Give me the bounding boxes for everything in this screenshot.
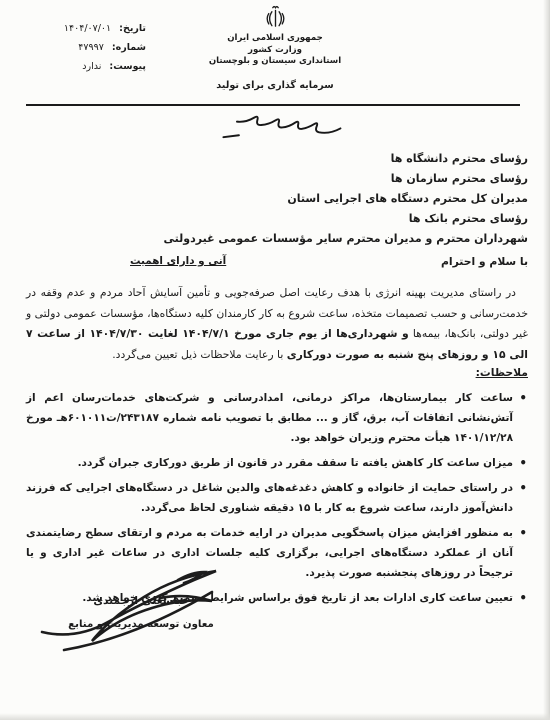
recipient-line: شهرداران محترم و مدیران محترم سایر مؤسسا… (26, 229, 528, 249)
signer-title: معاون توسعه مدیریت و منابع (36, 613, 246, 637)
header-ministry: وزارت کشور (175, 45, 375, 57)
scanned-official-letter: تاریخ: ۱۴۰۴/۰۷/۰۱ شماره: ۴۷۹۹۷ پیوست: ند… (0, 0, 550, 720)
meta-row-attachment: پیوست: ندارد (24, 62, 146, 72)
salutation-text: با سلام و احترام (441, 255, 528, 268)
attachment-label: پیوست: (109, 61, 146, 72)
recipient-line: رؤسای محترم بانک ها (26, 209, 528, 229)
recipients-list: رؤسای محترم دانشگاه ها رؤسای محترم سازما… (26, 149, 528, 249)
recipient-line: مدیران کل محترم دستگاه های اجرایی استان (26, 189, 528, 209)
notes-heading: ملاحظات: (476, 366, 528, 379)
note-item: به منظور افزایش میزان پاسخگویی مدیران در… (26, 523, 528, 583)
number-value: ۴۷۹۹۷ (78, 42, 104, 53)
scan-edge-shadow (0, 713, 550, 720)
letterhead: جمهوری اسلامی ایران وزارت کشور استانداری… (175, 5, 375, 68)
header-office: استانداری سیستان و بلوچستان (175, 56, 375, 68)
header-divider (26, 104, 520, 106)
letter-meta-box: تاریخ: ۱۴۰۴/۰۷/۰۱ شماره: ۴۷۹۹۷ پیوست: ند… (24, 24, 146, 81)
salutation-row: با سلام و احترام آنی و دارای اهمیت (26, 255, 528, 268)
date-label: تاریخ: (119, 23, 146, 34)
signer-name: عباسعلی ارجمندی (36, 589, 246, 613)
signature-block: عباسعلی ارجمندی معاون توسعه مدیریت و منا… (36, 589, 246, 637)
recipient-line: رؤسای محترم سازمان ها (26, 169, 528, 189)
iran-emblem-icon (262, 5, 289, 32)
meta-row-number: شماره: ۴۷۹۹۷ (24, 43, 146, 53)
header-slogan: سرمایه گذاری برای تولید (0, 80, 550, 91)
note-item: در راستای حمایت از خانواده و کاهش دغدغه‌… (26, 478, 528, 518)
body-part3: با رعایت ملاحظات ذیل تعیین می‌گردد. (112, 348, 283, 361)
scan-edge-shadow (543, 0, 550, 720)
attachment-value: ندارد (82, 61, 101, 72)
number-label: شماره: (112, 42, 146, 53)
header-country: جمهوری اسلامی ایران (175, 33, 375, 45)
body-paragraph: در راستای مدیریت بهینه انرژی با هدف رعای… (26, 283, 528, 365)
meta-row-date: تاریخ: ۱۴۰۴/۰۷/۰۱ (24, 24, 146, 34)
note-item: میزان ساعت کار کاهش یافته تا سقف مقرر در… (26, 453, 528, 473)
recipient-line: رؤسای محترم دانشگاه ها (26, 149, 528, 169)
date-value: ۱۴۰۴/۰۷/۰۱ (64, 23, 111, 34)
priority-note: آنی و دارای اهمیت (130, 255, 226, 267)
notes-list: ساعت کار بیمارستان‌ها، مراکز درمانی، امد… (26, 388, 528, 613)
note-item: ساعت کار بیمارستان‌ها، مراکز درمانی، امد… (26, 388, 528, 448)
bismillah-script-icon (190, 109, 350, 143)
